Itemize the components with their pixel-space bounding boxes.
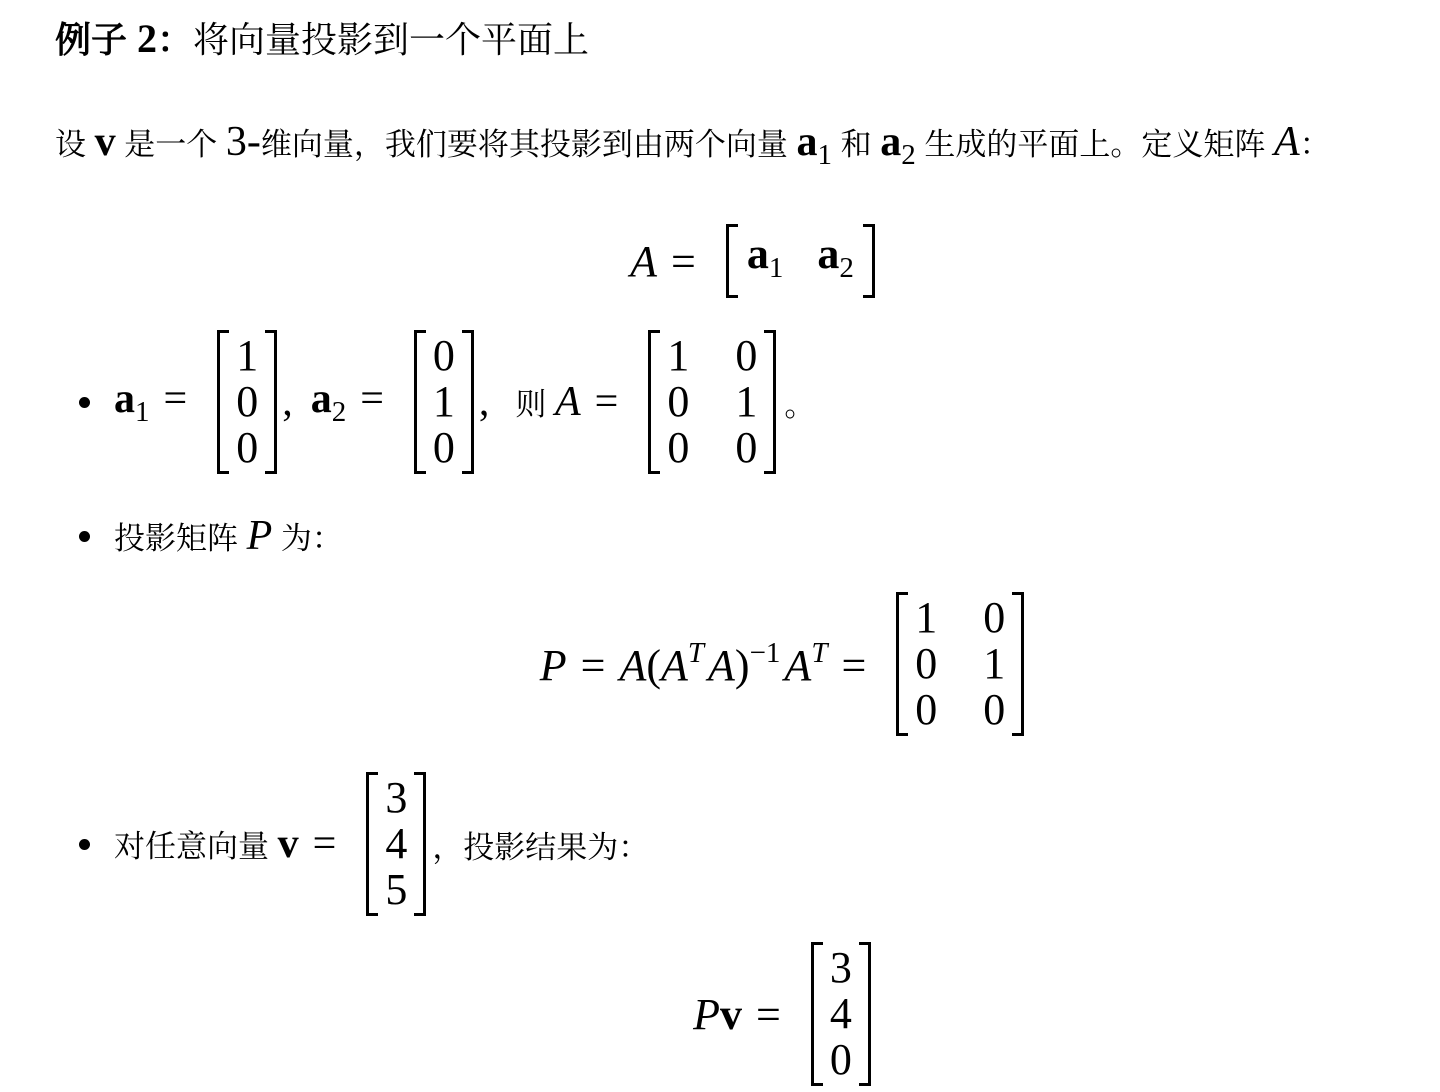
display-formula-A: A= a1 a2 <box>55 224 1440 298</box>
matrix-cell: 0 <box>735 425 757 471</box>
matrix-cell: 3 <box>830 945 852 991</box>
math-vector-a2: a <box>817 229 839 278</box>
bullet-item-any-vector: 对任意向量 v= 3 4 5 ，投影结果为： <box>79 772 1440 916</box>
matrix-cell: 1 <box>735 379 757 425</box>
matrix-cell: 1 <box>915 595 937 641</box>
title-number: 2 <box>137 16 157 61</box>
matrix-cells: 1 0 0 1 0 0 <box>908 592 1012 736</box>
math-vector-v: v <box>720 990 742 1039</box>
matrix-cell-a2: a2 <box>817 230 854 292</box>
matrix-cell: 0 <box>830 1037 852 1083</box>
matrix-cell: 3 <box>385 775 407 821</box>
matrix-cells: 1 0 0 <box>229 330 265 474</box>
projection-matrix-3x2: 1 0 0 1 0 0 <box>896 592 1024 736</box>
bullet-item-vectors: a1= 1 0 0 , a2= 0 1 0 , 则 A= 1 <box>79 330 1440 474</box>
comma: , <box>479 378 490 426</box>
title-colon: ： <box>157 19 193 60</box>
right-bracket-icon <box>265 330 277 474</box>
matrix-cell: 4 <box>830 991 852 1037</box>
equals-sign: = <box>360 376 384 422</box>
math-A: A <box>555 379 581 425</box>
formula-A-lhs: A= <box>630 236 710 287</box>
matrix-cell: 1 <box>983 641 1005 687</box>
bullet-item-projection-matrix: 投影矩阵 P 为： <box>79 512 1440 560</box>
matrix-cells: 1 0 0 1 0 0 <box>660 330 764 474</box>
math-matrix-A: A <box>1274 119 1300 165</box>
matrix-cells: 3 4 0 <box>823 942 859 1086</box>
superscript-T: T <box>688 637 704 669</box>
left-bracket-icon <box>366 772 378 916</box>
comma: , <box>282 378 293 426</box>
matrix-cell: 1 <box>236 333 258 379</box>
text-before-v: 对任意向量 <box>114 829 278 864</box>
math-A: A <box>661 641 688 690</box>
right-bracket-icon <box>863 224 875 298</box>
matrix-cell: 0 <box>433 425 455 471</box>
intro-text-6: ： <box>1300 127 1331 162</box>
intro-text-1: 设 <box>55 127 95 162</box>
matrix-cell: 0 <box>915 687 937 733</box>
left-bracket-icon <box>726 224 738 298</box>
matrix-cell: 1 <box>433 379 455 425</box>
v-equals-run: 对任意向量 v= <box>114 820 350 868</box>
subscript-1: 1 <box>817 139 832 171</box>
equals-sign: = <box>164 376 188 422</box>
text-after-P: 为： <box>272 521 343 556</box>
math-vector-v: v <box>95 119 116 165</box>
math-P: P <box>693 990 720 1039</box>
matrix-cells: 0 1 0 <box>426 330 462 474</box>
result-vector: 3 4 0 <box>811 942 871 1086</box>
subscript-2: 2 <box>332 396 347 428</box>
title-rest: 将向量投影到一个平面上 <box>193 19 589 60</box>
bullet-dot-icon <box>79 397 90 408</box>
subscript-2: 2 <box>839 252 854 284</box>
right-bracket-icon <box>414 772 426 916</box>
matrix-cells: a1 a2 <box>738 224 863 298</box>
display-formula-Pv: Pv= 3 4 0 <box>114 942 1440 1086</box>
projection-matrix-text: 投影矩阵 P 为： <box>114 512 343 560</box>
matrix-cell: 0 <box>236 425 258 471</box>
then-text: 则 <box>515 387 555 422</box>
subscript-2: 2 <box>901 139 916 171</box>
equals-sign: = <box>595 379 619 425</box>
a1-equals-run: a1= <box>114 375 201 429</box>
math-vector-a2: a <box>311 376 332 422</box>
math-vector-a2: a <box>880 119 901 165</box>
bullet-dot-icon <box>79 839 90 850</box>
matrix-cell: 5 <box>385 867 407 913</box>
math-vector-a1: a <box>796 119 817 165</box>
display-formula-P: P=A(ATA)−1AT= 1 0 0 1 0 0 <box>114 592 1440 736</box>
right-bracket-icon <box>764 330 776 474</box>
formula-P-lhs: P=A(ATA)−1AT= <box>540 637 881 691</box>
intro-text-3: 维向量，我们要将其投影到由两个向量 <box>261 127 797 162</box>
equals-sign: = <box>841 641 866 690</box>
left-bracket-icon <box>648 330 660 474</box>
page-title: 例子 2：将向量投影到一个平面上 <box>55 16 1440 63</box>
matrix-cell: 0 <box>433 333 455 379</box>
a2-equals-run: a2= <box>311 375 398 429</box>
period: 。 <box>784 380 815 425</box>
left-bracket-icon <box>896 592 908 736</box>
intro-text-2: 是一个 <box>116 127 226 162</box>
equals-sign: = <box>581 641 606 690</box>
subscript-1: 1 <box>135 396 150 428</box>
math-A: A <box>630 237 657 286</box>
formula-Pv-lhs: Pv= <box>693 989 795 1040</box>
matrix-cell: 0 <box>915 641 937 687</box>
intro-text-4: 和 <box>832 127 880 162</box>
math-A: A <box>708 641 735 690</box>
matrix-cell: 0 <box>667 425 689 471</box>
subscript-1: 1 <box>769 252 784 284</box>
column-vector-v: 3 4 5 <box>366 772 426 916</box>
math-number-3: 3- <box>226 119 261 165</box>
math-vector-a1: a <box>747 229 769 278</box>
matrix-cell: 1 <box>667 333 689 379</box>
left-bracket-icon <box>414 330 426 474</box>
column-vector-a2: 0 1 0 <box>414 330 474 474</box>
left-paren: ( <box>646 641 661 690</box>
math-P: P <box>540 641 567 690</box>
right-paren: ) <box>735 641 750 690</box>
matrix-cell: 0 <box>983 687 1005 733</box>
matrix-cell: 0 <box>735 333 757 379</box>
math-vector-a1: a <box>114 376 135 422</box>
matrix-cells: 3 4 5 <box>378 772 414 916</box>
right-bracket-icon <box>462 330 474 474</box>
superscript-T: T <box>811 637 827 669</box>
matrix-cell: 0 <box>236 379 258 425</box>
superscript-minus-1: −1 <box>750 637 781 669</box>
intro-text-5: 生成的平面上。定义矩阵 <box>916 127 1274 162</box>
bullet-dot-icon <box>79 531 90 542</box>
right-bracket-icon <box>859 942 871 1086</box>
document-page: 例子 2：将向量投影到一个平面上 设 v 是一个 3-维向量，我们要将其投影到由… <box>0 0 1440 1086</box>
right-bracket-icon <box>1012 592 1024 736</box>
matrix-cell: 0 <box>667 379 689 425</box>
then-A-equals-run: 则 A= <box>515 378 632 426</box>
text-before-P: 投影矩阵 <box>114 521 247 556</box>
matrix-A-3x2: 1 0 0 1 0 0 <box>648 330 776 474</box>
math-A: A <box>619 641 646 690</box>
equals-sign: = <box>313 821 337 867</box>
left-bracket-icon <box>811 942 823 1086</box>
text-after-vector: ，投影结果为： <box>432 822 649 867</box>
matrix-cell: 4 <box>385 821 407 867</box>
equals-sign: = <box>756 990 781 1039</box>
title-bold-label: 例子 <box>55 19 137 60</box>
column-vector-a1: 1 0 0 <box>217 330 277 474</box>
row-vector-matrix: a1 a2 <box>726 224 875 298</box>
equals-sign: = <box>671 237 696 286</box>
intro-paragraph: 设 v 是一个 3-维向量，我们要将其投影到由两个向量 a1 和 a2 生成的平… <box>55 115 1440 182</box>
math-A: A <box>784 641 811 690</box>
matrix-cell-a1: a1 <box>747 230 784 292</box>
math-P: P <box>247 513 273 559</box>
matrix-cell: 0 <box>983 595 1005 641</box>
left-bracket-icon <box>217 330 229 474</box>
math-vector-v: v <box>278 821 299 867</box>
